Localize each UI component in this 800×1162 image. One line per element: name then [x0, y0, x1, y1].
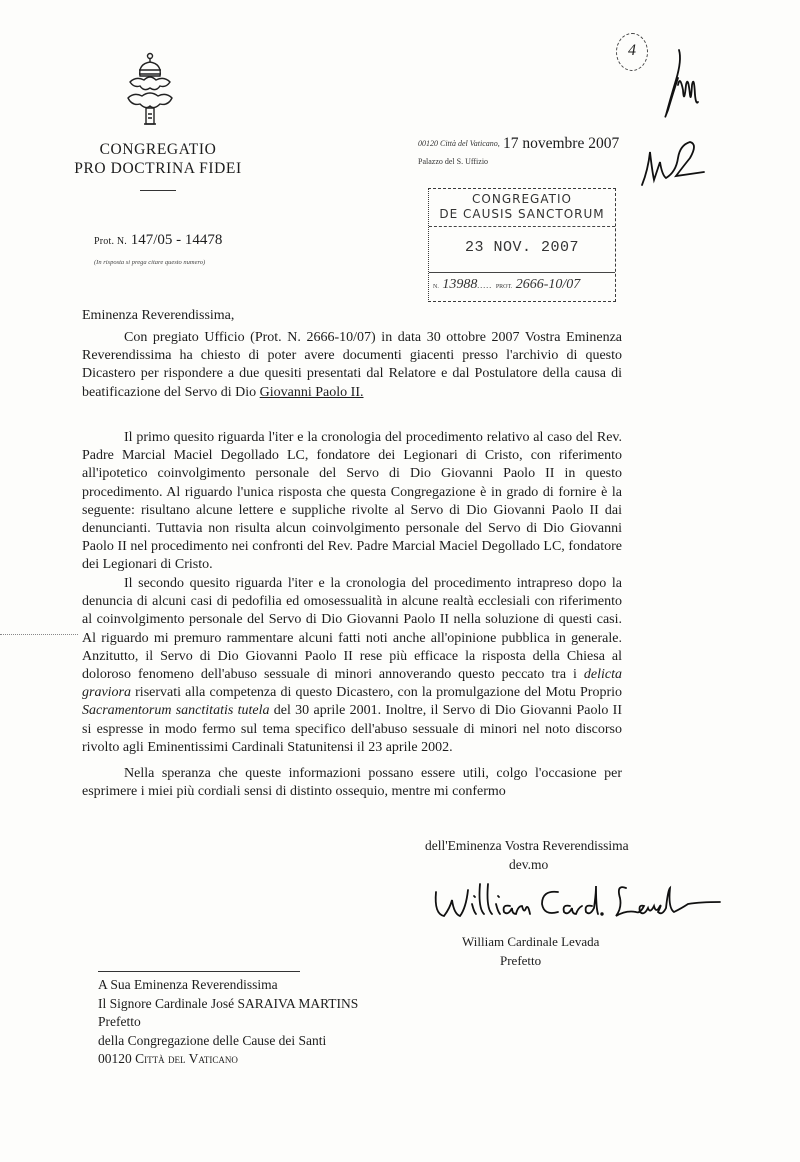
letterhead-line2: PRO DOCTRINA FIDEI: [66, 160, 250, 178]
italic-phrase-motu-proprio: Sacramentorum sanctitatis tutela: [82, 703, 269, 718]
stamp-divider: [429, 226, 615, 227]
margin-mark: [0, 634, 78, 635]
stamp-reg-number: 13988: [442, 277, 477, 292]
stamp-line2: DE CAUSIS SANCTORUM: [429, 207, 615, 221]
stamp-date: 23 NOV. 2007: [429, 239, 615, 256]
paragraph-2: Il primo quesito riguarda l'iter e la cr…: [82, 429, 622, 575]
addressee-divider: [98, 971, 300, 972]
salutation: Eminenza Reverendissima,: [82, 308, 234, 324]
letterhead-divider: [140, 190, 176, 191]
addressee-line1: A Sua Eminenza Reverendissima: [98, 976, 358, 995]
paragraph-4: Nella speranza che queste informazioni p…: [82, 765, 622, 801]
stamp-dots: .....: [477, 281, 492, 290]
protocol-label: Prot. N.: [94, 236, 127, 247]
stamp-line1: CONGREGATIO: [429, 192, 615, 206]
handwritten-initials-icon: [620, 40, 730, 200]
stamp-reg-label: N.: [433, 284, 439, 290]
signer-title: Prefetto: [500, 953, 541, 969]
protocol-note: (In risposta si prega citare questo nume…: [94, 259, 205, 266]
palace-line: Palazzo del S. Uffizio: [418, 157, 488, 166]
stamp-registry: N. 13988..... PROT. 2666-10/07: [433, 277, 580, 293]
paragraph-3: Il secondo quesito riguarda l'iter e la …: [82, 575, 622, 757]
protocol-value: 147/05 - 14478: [131, 232, 223, 248]
place-line: 00120 Città del Vaticano,: [418, 139, 500, 148]
paragraph-3-text-a: Il secondo quesito riguarda l'iter e la …: [82, 576, 622, 682]
paragraph-3-text-b: riservati alla competenza di questo Dica…: [131, 685, 622, 700]
letterhead-line1: CONGREGATIO: [98, 141, 218, 159]
addressee-line4: della Congregazione delle Cause dei Sant…: [98, 1032, 358, 1051]
protocol-number: Prot. N. 147/05 - 14478: [94, 232, 222, 249]
received-stamp: CONGREGATIO DE CAUSIS SANCTORUM 23 NOV. …: [428, 188, 616, 302]
closing-line2: dev.mo: [509, 857, 548, 873]
handwritten-signature-icon: [430, 878, 730, 926]
stamp-divider: [429, 272, 615, 273]
addressee-block: A Sua Eminenza Reverendissima Il Signore…: [98, 976, 358, 1069]
closing-line1: dell'Eminenza Vostra Reverendissima: [425, 838, 629, 854]
addressee-line3: Prefetto: [98, 1013, 358, 1032]
underlined-name: Giovanni Paolo II.: [260, 385, 364, 400]
paragraph-1: Con pregiato Ufficio (Prot. N. 2666-10/0…: [82, 329, 622, 402]
papal-crest-icon: [122, 52, 178, 132]
addressee-line5: 00120 Città del Vaticano: [98, 1050, 358, 1069]
stamp-prot-number: 2666-10/07: [516, 277, 581, 292]
signer-name: William Cardinale Levada: [462, 934, 599, 950]
addressee-line2: Il Signore Cardinale José SARAIVA MARTIN…: [98, 995, 358, 1014]
stamp-prot-label: PROT.: [496, 284, 512, 290]
letter-date: 17 novembre 2007: [503, 135, 619, 153]
